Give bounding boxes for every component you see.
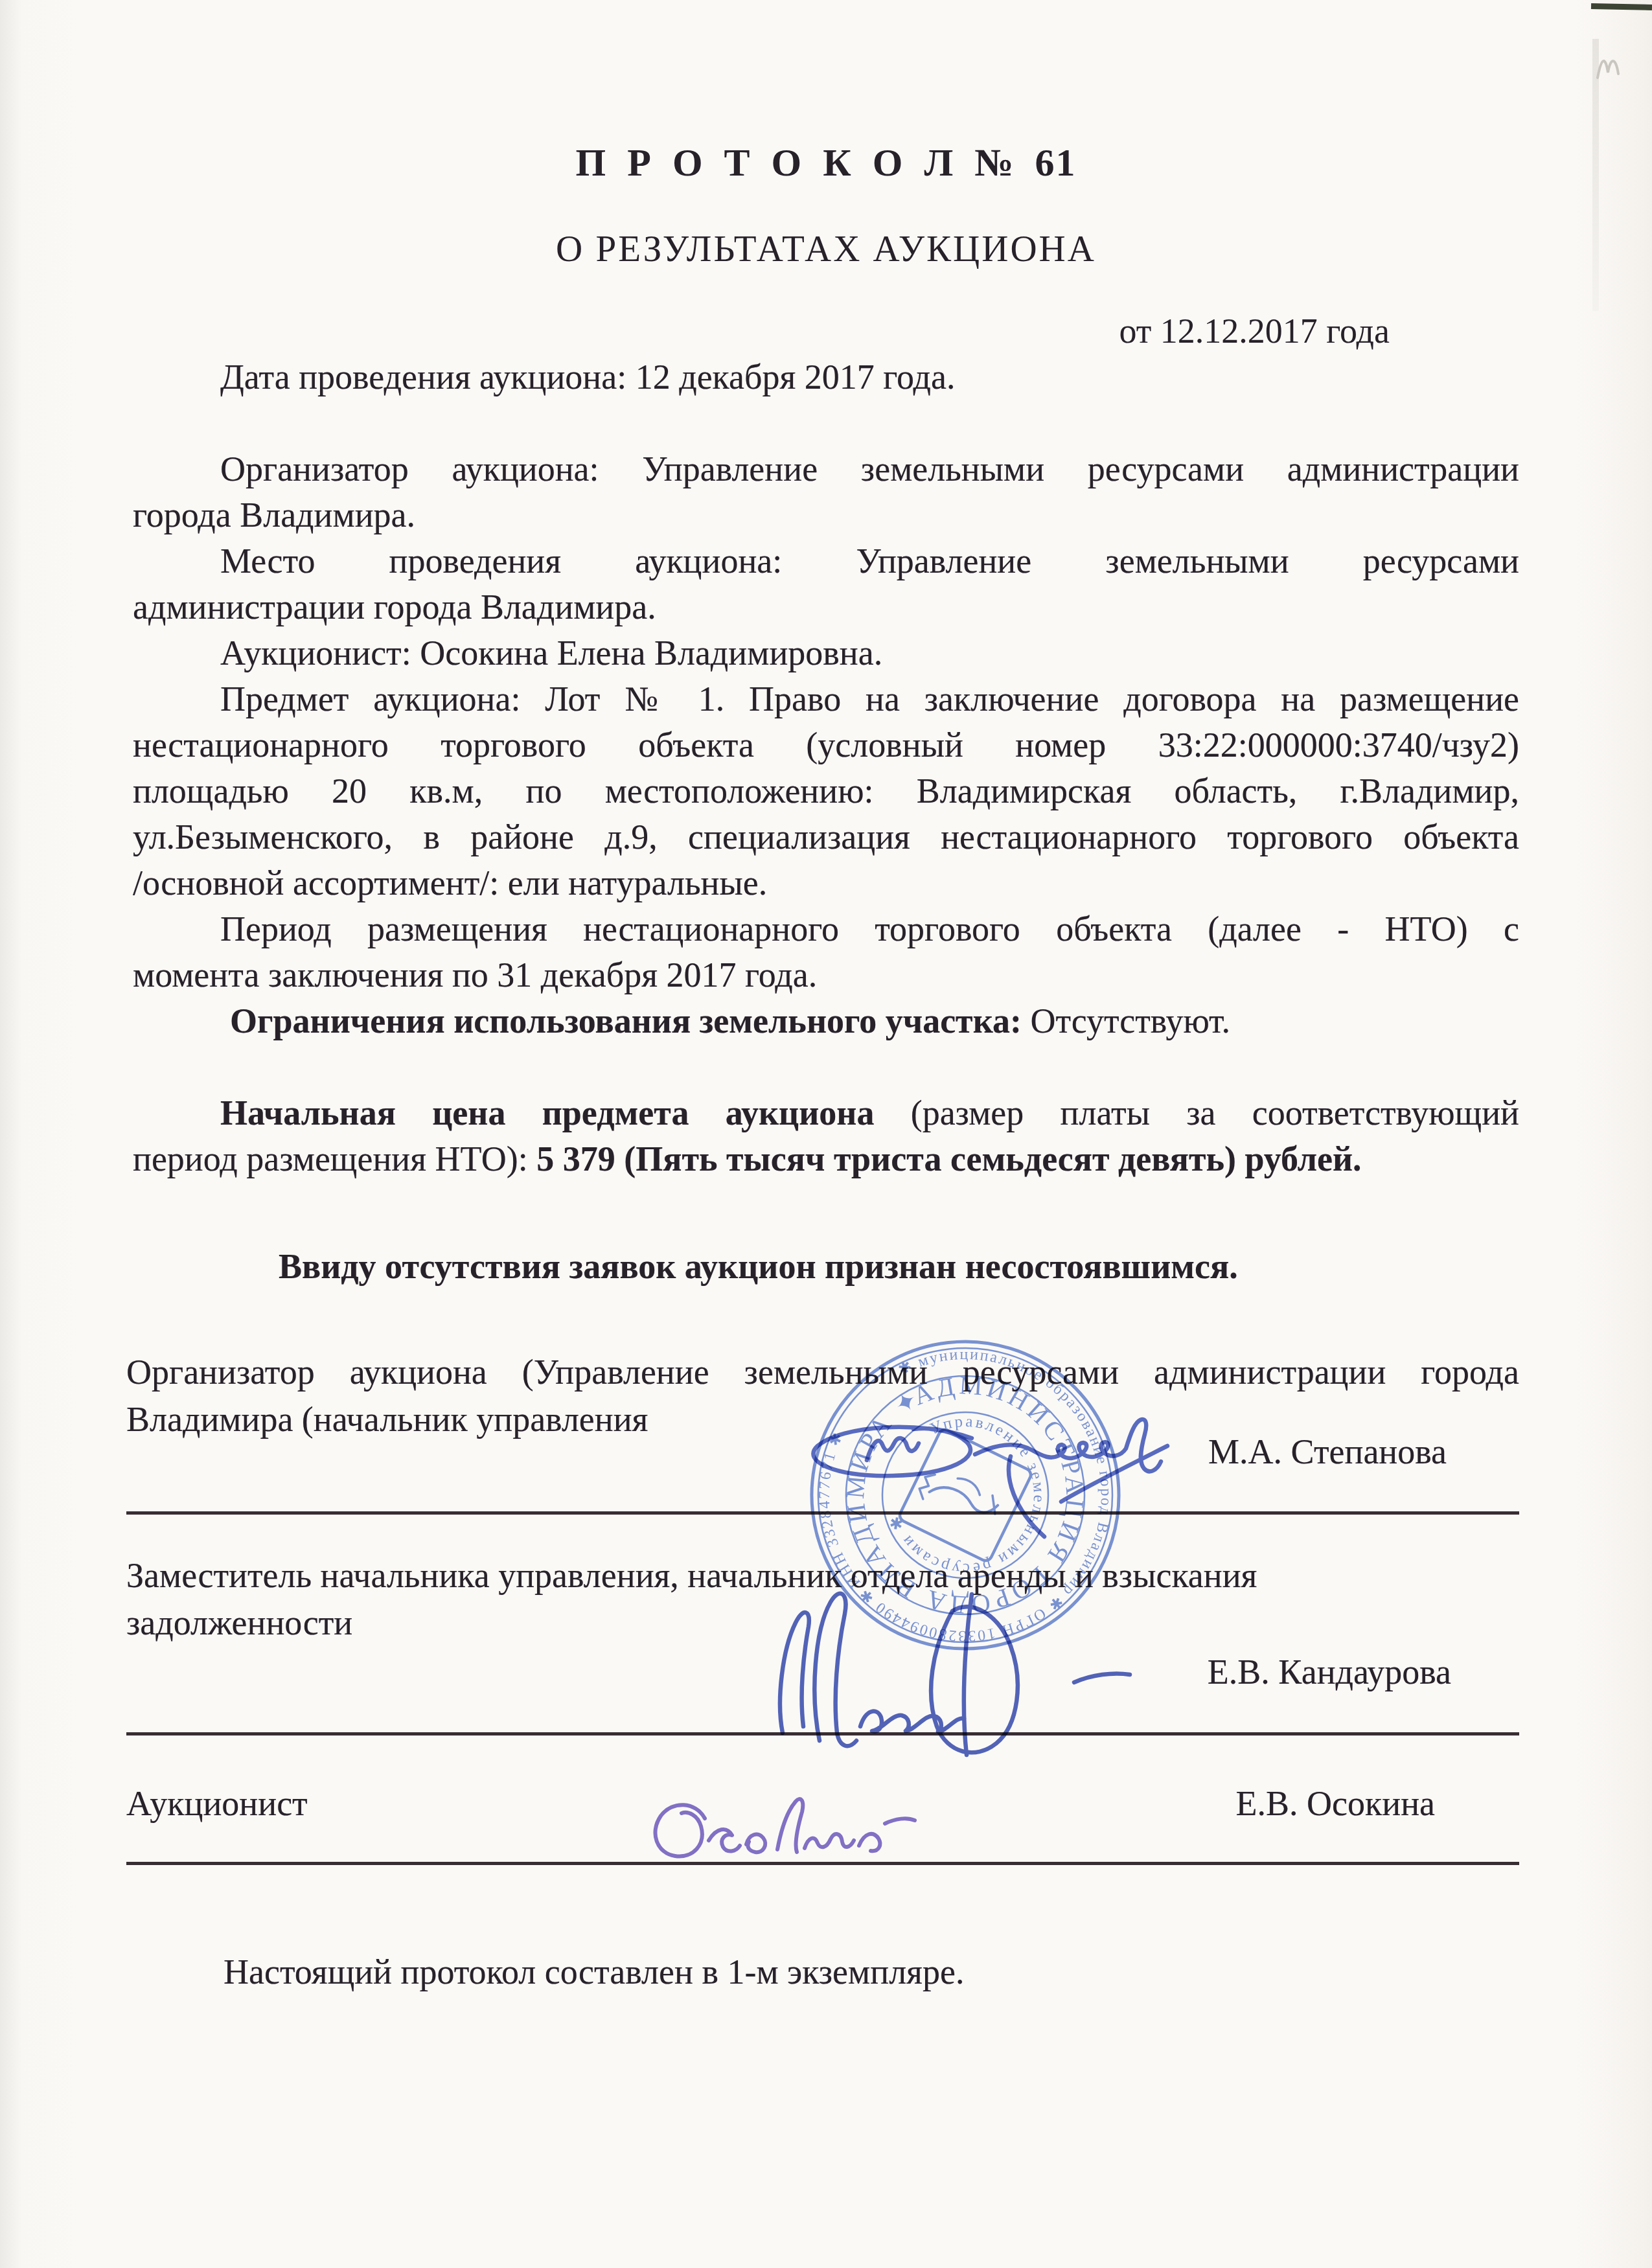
footer-copies-note: Настоящий протокол составлен в 1-м экзем… [126,1949,1519,1996]
signature-osokina [641,1785,926,1869]
signature-kandaurova [758,1571,1173,1759]
scanned-document-page: П Р О Т О К О Л № 61 О РЕЗУЛЬТАТАХ АУКЦИ… [0,0,1652,2268]
signature-stepanova [790,1406,1192,1552]
signature-section: Организатор аукциона (Управление земельн… [126,0,1519,2268]
pencil-mark [1595,47,1626,86]
scan-edge-artifact [1591,3,1652,10]
